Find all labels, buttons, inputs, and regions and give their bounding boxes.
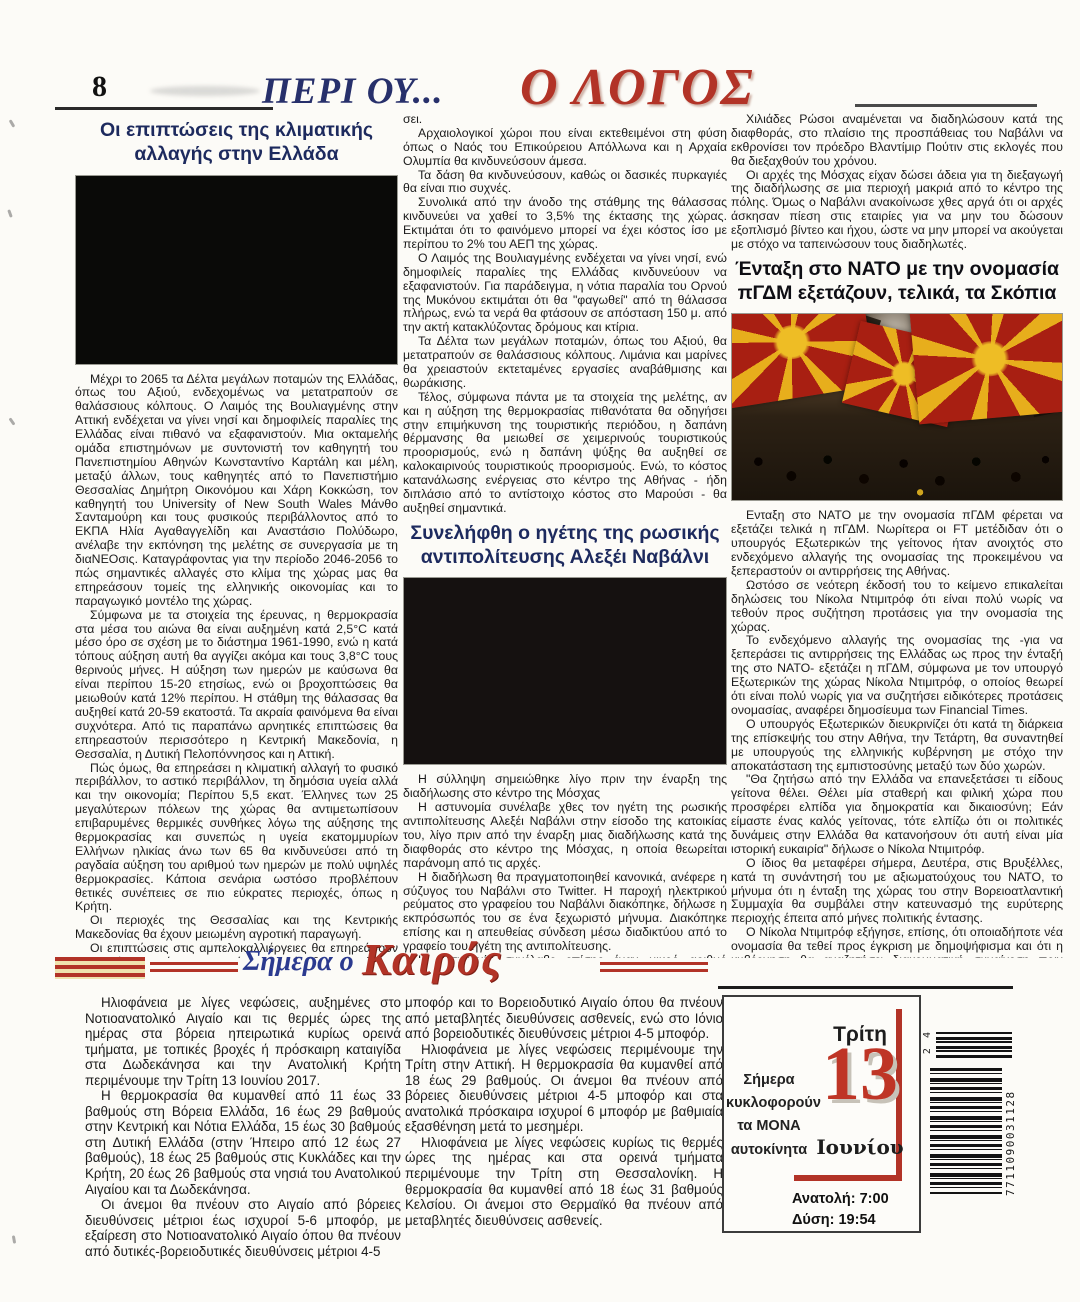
scan-artifact bbox=[7, 209, 13, 218]
article-body-navalny-lead: Χιλιάδες Ρώσοι αναμένεται να διαδηλώσουν… bbox=[731, 113, 1063, 252]
column-left: Οι επιπτώσεις της κλιματικής αλλαγής στη… bbox=[75, 113, 398, 958]
circulation-line: τα ΜΟΝΑ bbox=[726, 1115, 812, 1138]
masthead-rule-left bbox=[55, 107, 273, 110]
paragraph: Αρχαιολογικοί χώροι που είναι εκτεθειμέν… bbox=[403, 127, 727, 169]
paragraph: Μέχρι το 2065 τα Δέλτα μεγάλων ποταμών τ… bbox=[75, 373, 398, 609]
weather-column-1: Ηλιοφάνεια με λίγες νεφώσεις, αυξημένες … bbox=[85, 995, 401, 1263]
paragraph: μποφόρ και το Βορειοδυτικό Αιγαίο όπου θ… bbox=[405, 995, 723, 1042]
paragraph: "Θα ζητήσω από την Ελλάδα να επανεξετάσε… bbox=[731, 773, 1063, 856]
article-headline-navalny: Συνελήφθη ο ηγέτης της ρωσικής αντιπολίτ… bbox=[407, 522, 723, 570]
scan-artifact bbox=[9, 119, 16, 127]
circulation-line: Σήμερα bbox=[726, 1069, 812, 1092]
paragraph: Οι αρχές της Μόσχας είχαν δώσει άδεια γι… bbox=[731, 169, 1063, 252]
paragraph: Το ενδεχόμενο αλλαγής της ονομασίας της … bbox=[731, 634, 1063, 717]
paragraph: Πώς όμως, θα επηρεάσει η κλιματική αλλαγ… bbox=[75, 762, 398, 915]
crowd bbox=[732, 404, 1062, 501]
weather-rule-left bbox=[150, 962, 238, 972]
weather-title-prefix: Σήμερα ο bbox=[243, 946, 354, 978]
sunrise-time: Ανατολή: 7:00 bbox=[792, 1189, 912, 1210]
article-headline-climate: Οι επιπτώσεις της κλιματικής αλλαγής στη… bbox=[79, 119, 394, 167]
article-headline-nato: Ένταξη στο ΝΑΤΟ με την ονομασία πΓΔΜ εξε… bbox=[735, 258, 1059, 306]
scan-smudge bbox=[150, 86, 260, 96]
weather-stripe-decoration bbox=[55, 957, 145, 979]
paragraph: Τα Δέλτα των μεγάλων ποταμών, όπως του Α… bbox=[403, 335, 727, 391]
photo-navalny-arrest bbox=[403, 577, 727, 765]
barcode-small bbox=[936, 1032, 1012, 1058]
paragraph: Ο ίδιος θα μεταφέρει σήμερα, Δευτέρα, στ… bbox=[731, 857, 1063, 926]
circulation-text: Σήμερακυκλοφορούντα ΜΟΝΑαυτοκίνητα bbox=[726, 1069, 812, 1162]
paragraph: Η σύλληψη σημειώθηκε λίγο πριν την έναρξ… bbox=[403, 773, 727, 801]
paragraph: Ηλιοφάνεια με λίγες νεφώσεις, αυξημένες … bbox=[85, 995, 401, 1088]
column-right: Χιλιάδες Ρώσοι αναμένεται να διαδηλώσουν… bbox=[731, 113, 1063, 958]
paragraph: Ο Λαιμός της Βουλιαγμένης ενδέχεται να γ… bbox=[403, 252, 727, 335]
barcode-number: 7711090031128 bbox=[1004, 1066, 1017, 1196]
circulation-line: κυκλοφορούν bbox=[726, 1092, 812, 1115]
article-body-navalny: Η σύλληψη σημειώθηκε λίγο πριν την έναρξ… bbox=[403, 773, 727, 958]
paragraph: σει. bbox=[403, 113, 727, 127]
barcode-small-label: 2 4 bbox=[922, 1030, 933, 1054]
weather-rule-right bbox=[600, 962, 708, 972]
photo-aerial-night-coastline bbox=[75, 175, 398, 365]
scan-artifact bbox=[8, 417, 15, 425]
barcode bbox=[930, 1068, 1002, 1194]
masthead-rule-right bbox=[855, 104, 1037, 107]
calendar-month: Ιουνίου bbox=[816, 1135, 904, 1159]
column-middle: σει.Αρχαιολογικοί χώροι που είναι εκτεθε… bbox=[403, 113, 727, 958]
paragraph: Τέλος, σύμφωνα πάντα με τα στοιχεία της … bbox=[403, 391, 727, 516]
sunset-time: Δύση: 19:54 bbox=[792, 1210, 912, 1231]
scan-artifact bbox=[12, 1235, 16, 1243]
paragraph: Ενταξη στο ΝΑΤΟ με την ονομασία πΓΔΜ φέρ… bbox=[731, 509, 1063, 578]
paragraph: Συνολικά από την άνοδο της στάθμης της θ… bbox=[403, 196, 727, 252]
weather-title: Καιρός bbox=[362, 934, 503, 985]
calendar-bracket-horizontal bbox=[794, 1175, 902, 1181]
circulation-line: αυτοκίνητα bbox=[726, 1139, 812, 1162]
paragraph: Ο υπουργός Εξωτερικών διευκρινίζει ότι κ… bbox=[731, 718, 1063, 774]
masthead-title-right: Ο ΛΟΓΟΣ bbox=[520, 58, 755, 117]
article-body-climate: Μέχρι το 2065 τα Δέλτα μεγάλων ποταμών τ… bbox=[75, 373, 398, 958]
article-body-nato: Ενταξη στο ΝΑΤΟ με την ονομασία πΓΔΜ φέρ… bbox=[731, 509, 1063, 958]
sun-times: Ανατολή: 7:00 Δύση: 19:54 bbox=[792, 1189, 912, 1231]
paragraph: Η θερμοκρασία θα κυμανθεί από 11 έως 33 … bbox=[85, 1088, 401, 1197]
calendar-top-rule bbox=[718, 986, 1013, 989]
weather-column-2: μποφόρ και το Βορειοδυτικό Αιγαίο όπου θ… bbox=[405, 995, 723, 1263]
calendar-date: 13 bbox=[812, 1031, 908, 1118]
paragraph: Ο Νίκολα Ντιμιτρόφ εξήγησε, επίσης, ότι … bbox=[731, 926, 1063, 958]
article-body-climate-continued: σει.Αρχαιολογικοί χώροι που είναι εκτεθε… bbox=[403, 113, 727, 516]
paragraph: Ηλιοφάνεια με λίγες νεφώσεις κυρίως τις … bbox=[405, 1135, 723, 1228]
paragraph: Οι περιοχές της Θεσσαλίας και της Κεντρι… bbox=[75, 914, 398, 942]
masthead-title-left: ΠΕΡΙ ΟΥ... bbox=[262, 70, 444, 113]
paragraph: Οι άνεμοι θα πνέουν στο Αιγαίο από βόρει… bbox=[85, 1197, 401, 1259]
odd-even-circulation-box: Σήμερακυκλοφορούντα ΜΟΝΑαυτοκίνητα Τρίτη… bbox=[722, 995, 921, 1233]
paragraph: Τα δάση θα κινδυνεύσουν, καθώς οι δασικέ… bbox=[403, 169, 727, 197]
paragraph: Χιλιάδες Ρώσοι αναμένεται να διαδηλώσουν… bbox=[731, 113, 1063, 169]
paragraph: Σύμφωνα με τα στοιχεία της έρευνας, η θε… bbox=[75, 609, 398, 762]
paragraph: Ηλιοφάνεια με λίγες νεφώσεις περιμένουμε… bbox=[405, 1042, 723, 1135]
newspaper-page: { "page": { "number": "8" }, "masthead":… bbox=[0, 0, 1080, 1302]
paragraph: Η αστυνομία συνέλαβε χθες τον ηγέτη της … bbox=[403, 801, 727, 870]
paragraph: Ωστόσο σε νεότερη έκδοσή του το κείμενο … bbox=[731, 579, 1063, 635]
photo-macedonian-flags-rally bbox=[731, 313, 1063, 501]
